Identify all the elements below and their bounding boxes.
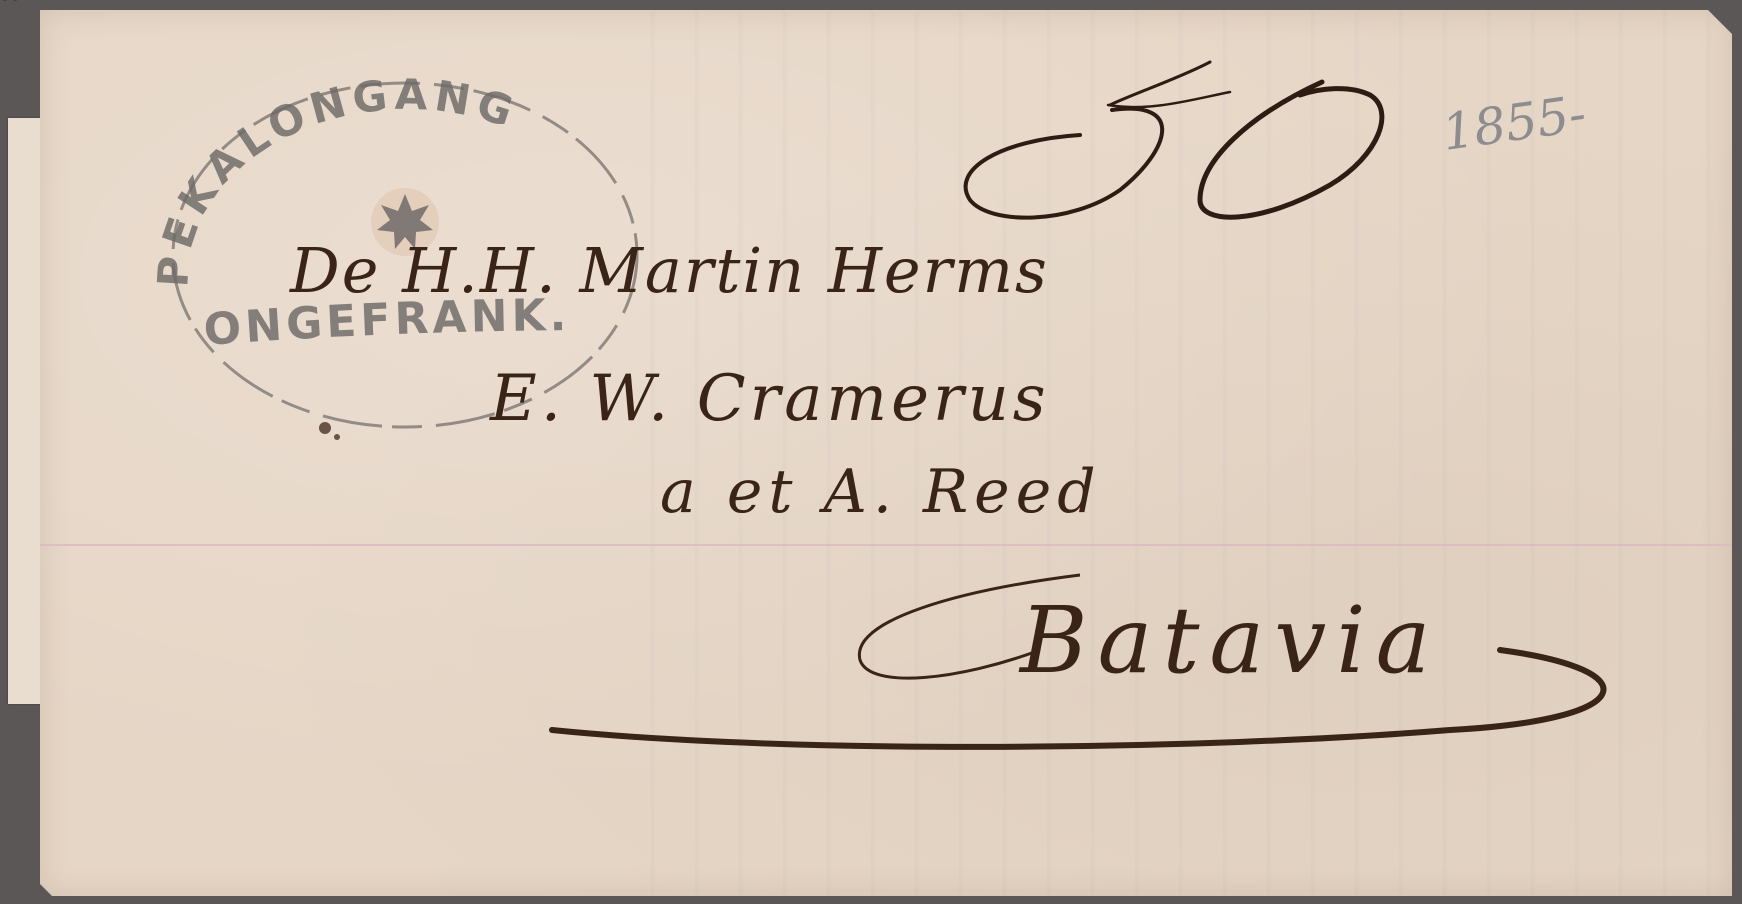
destination-batavia: Batavia <box>552 575 1603 747</box>
address-line-2: E. W. Cramerus <box>489 362 1050 436</box>
pencil-year-note: 1855- <box>1439 84 1590 161</box>
ink-layer: PEKALONGANG ONGEFRANK. 50 1855- De H.H. … <box>0 0 1742 904</box>
rate-marking-text: 50 <box>0 0 20 4</box>
address-line-1: De H.H. Martin Herms <box>289 234 1049 307</box>
destination-text: Batavia <box>1018 587 1441 694</box>
address-line-3: a et A. Reed <box>660 457 1102 527</box>
